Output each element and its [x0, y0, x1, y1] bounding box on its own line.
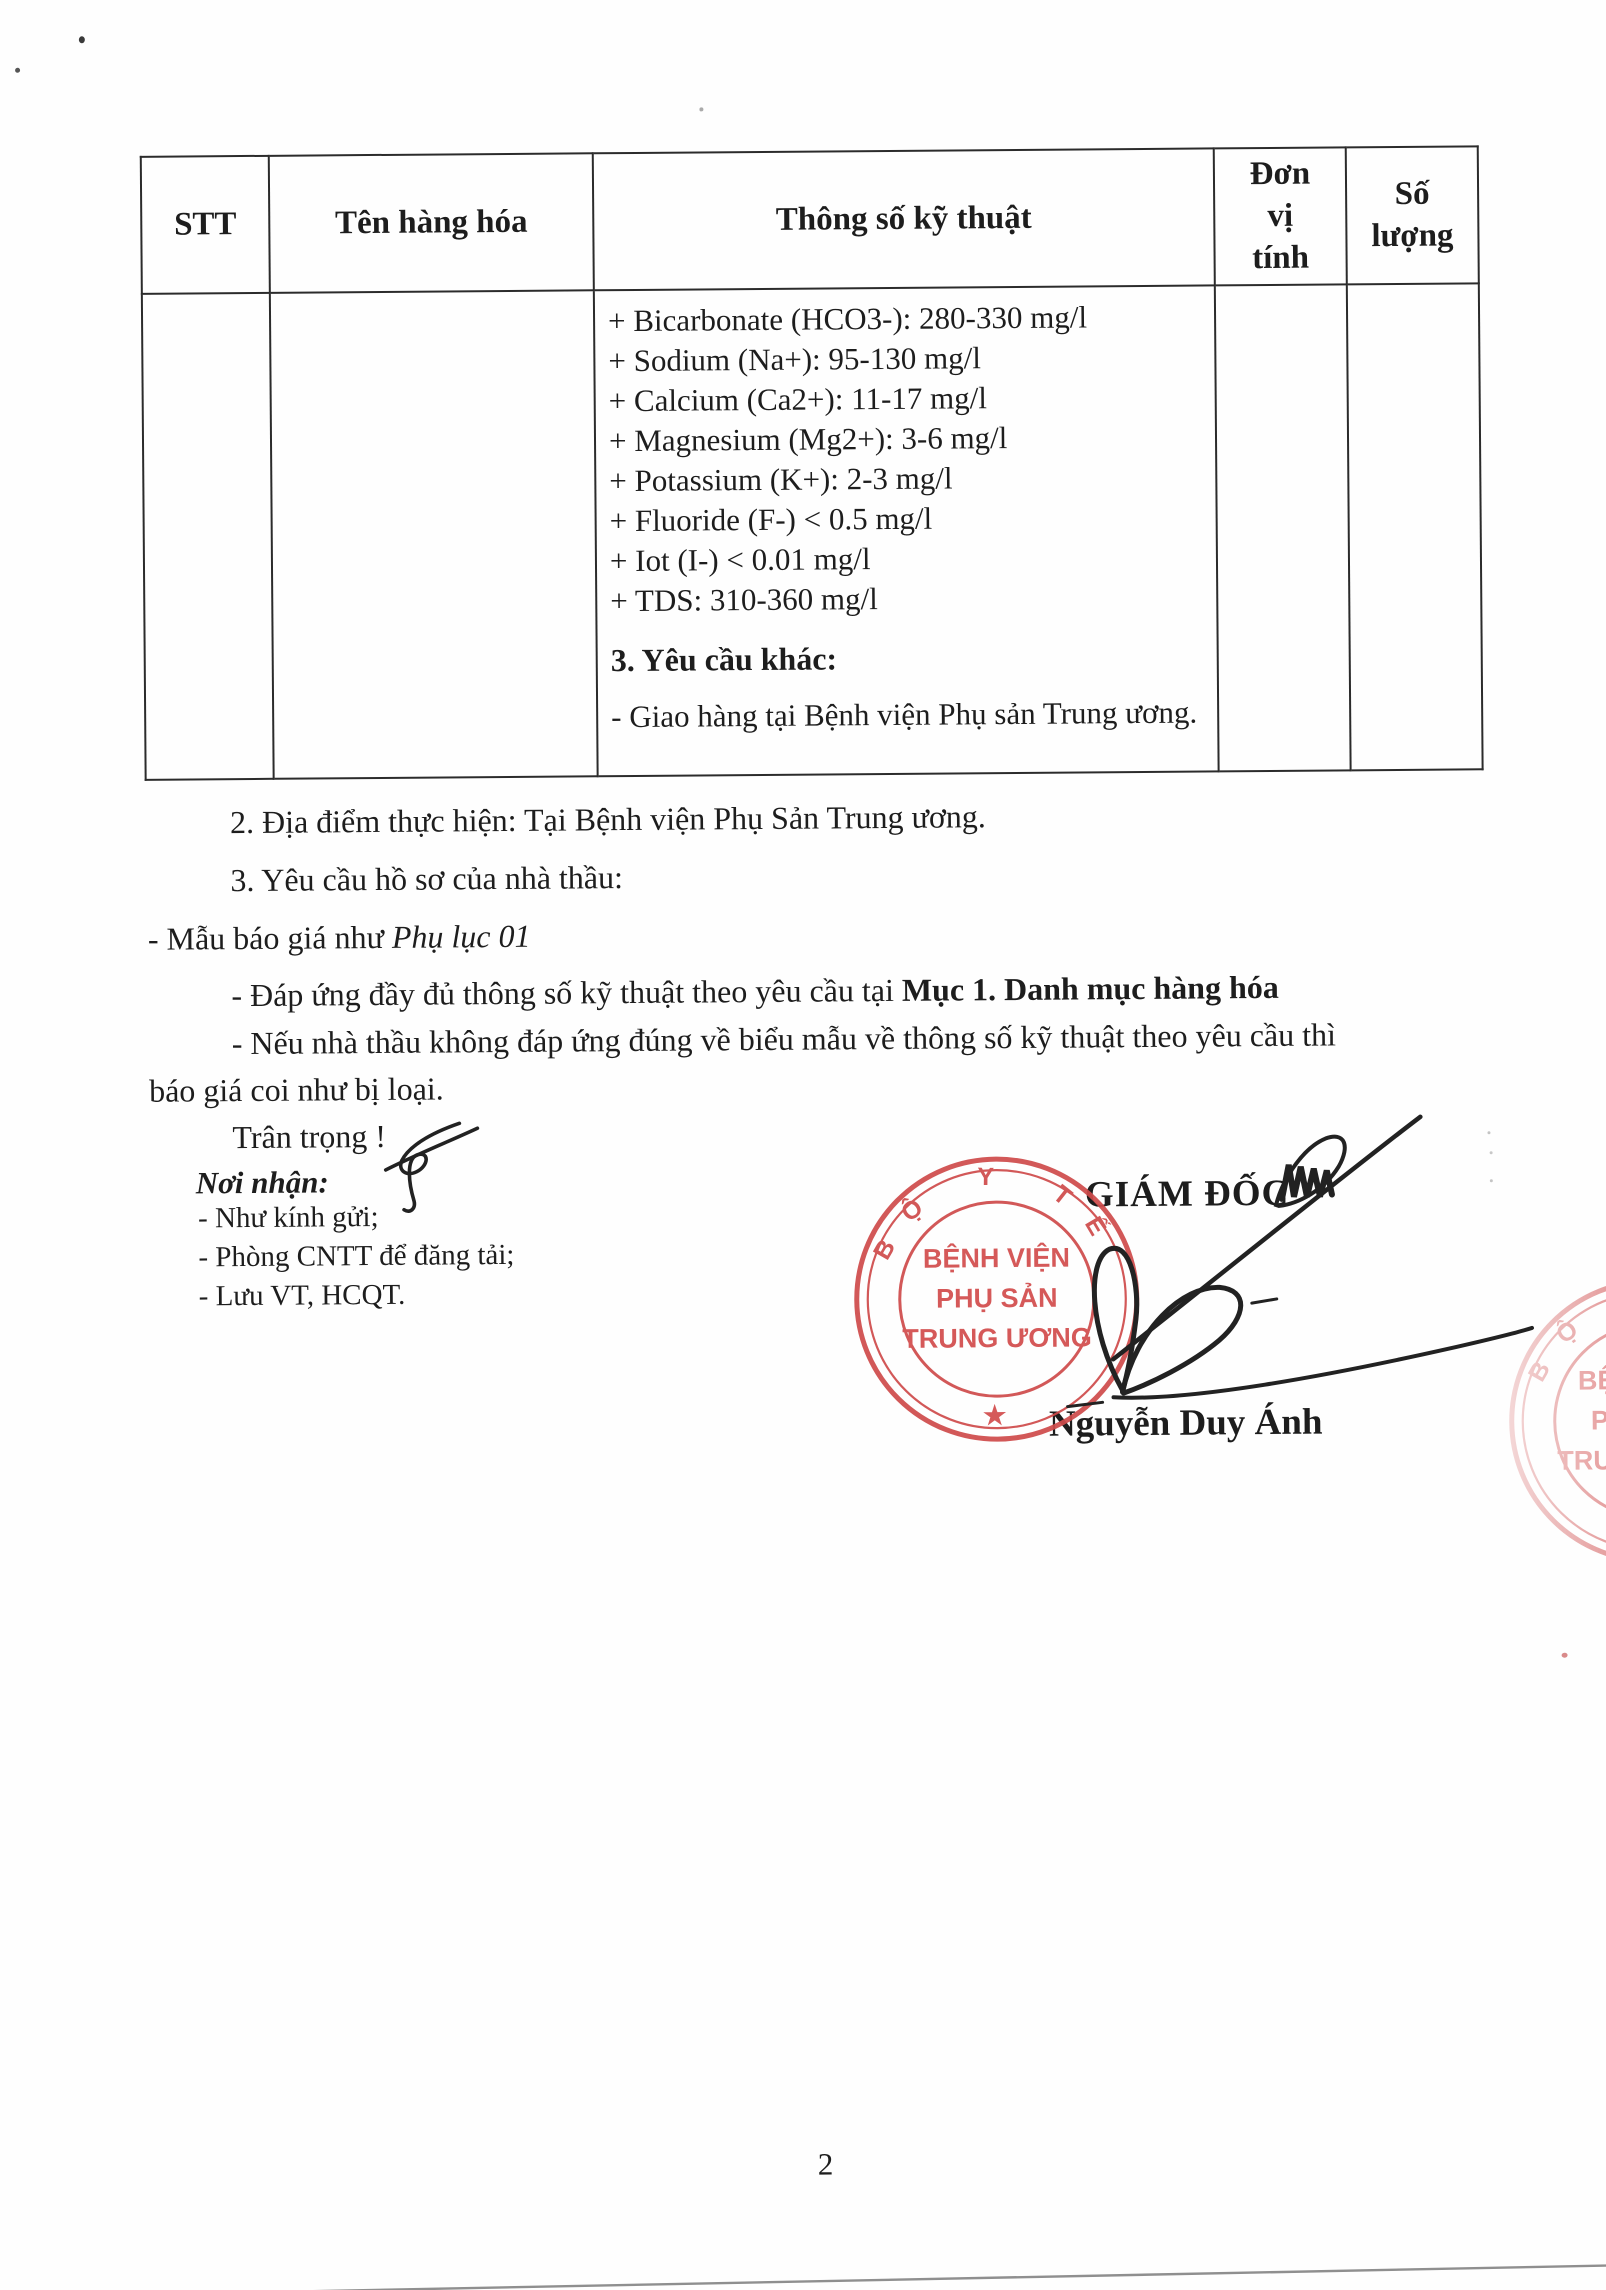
scan-skew-wrapper: STT Tên hàng hóa Thông số kỹ thuật Đơn v… — [0, 0, 1606, 2290]
scanned-document-page: STT Tên hàng hóa Thông số kỹ thuật Đơn v… — [0, 0, 1606, 2290]
scan-edge-line — [0, 0, 1606, 2290]
